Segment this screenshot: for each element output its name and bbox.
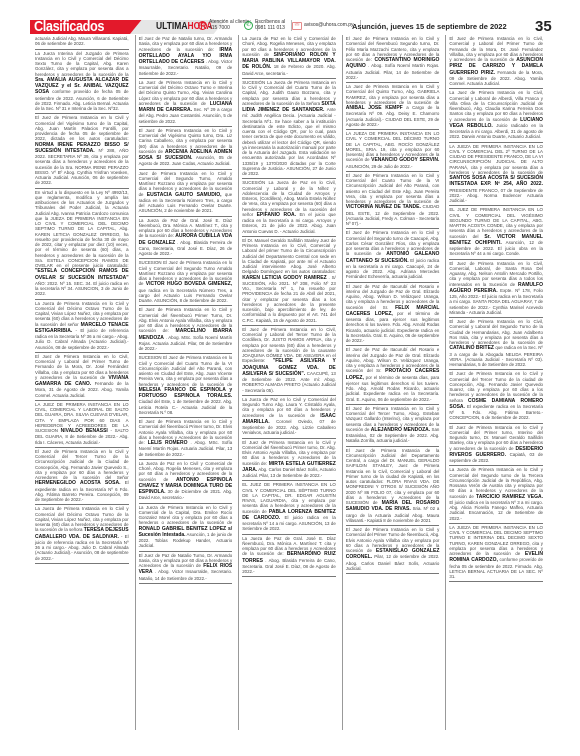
notice-details: Nº 288, AÑO 2022. SECRETARIA Nº 39, cita… xyxy=(35,148,129,186)
legal-notice: El Juez de Primera Instancia en lo Civil… xyxy=(35,353,129,401)
column-3: La Jueza de Paz en lo Civil y Comercial … xyxy=(238,35,339,730)
legal-notice: El Juez de Paz de Natalio turno, Dr. Arm… xyxy=(139,35,233,79)
legal-notice: El Juez de Primera Instancia en lo Civil… xyxy=(346,35,440,83)
legal-notice: La Juez de Primera Instancia en lo Civil… xyxy=(139,79,233,127)
legal-notice: LA JUEZA DE PRIMERA INSTANCIA EN LO CIVI… xyxy=(449,143,543,207)
legal-notice: Juez de Primera Instancia en lo Civil y … xyxy=(139,170,233,217)
legal-notice: La Juez de Primera Instancia en lo Civil… xyxy=(449,89,543,142)
legal-notice: actuaria Judicial Abg. Maura Villasanti.… xyxy=(35,35,129,50)
legal-notice: La Jueza de Paz en lo Civil y Comercial … xyxy=(242,396,336,439)
notice-details: . Abog. Victor Insaurralde, Secretario. … xyxy=(139,569,233,580)
notice-details: . S/ SUCESIÓN, Año 2021. Nº 208, Folio N… xyxy=(242,275,336,323)
notice-text: actuaria Judicial Abg. Maura Villasanti.… xyxy=(35,36,129,46)
notice-details: Abg. Carlos Daniel Báez Solís, Actuario … xyxy=(242,467,336,478)
column-1: actuaria Judicial Abg. Maura Villasanti.… xyxy=(32,35,132,730)
notice-text: SUCESION El Juez de Primera Instancia en… xyxy=(139,355,233,386)
legal-notice: La Jueza de Primera Instancia en lo Civi… xyxy=(139,504,233,552)
section-title: Clasificados xyxy=(34,18,104,35)
legal-notice: El Juez de Primera Instancia en lo Civil… xyxy=(346,229,440,282)
legal-notice: El Juez de Paz de Natalio Turno, Dr. Arm… xyxy=(139,552,233,584)
legal-notice: El Juez de Paz de Itacurubí del Rosario … xyxy=(346,346,440,405)
legal-notice: El Juez de Primera Instancia en lo Civil… xyxy=(35,448,129,506)
deceased-name: NIVALDO BENASSI xyxy=(61,428,108,434)
legal-notice: El Juez de Primera Instancia en lo Civil… xyxy=(449,318,543,370)
deceased-name: LELIS ROMERO xyxy=(148,440,188,446)
notice-text: La Jueza de Primera Instancia en lo Civi… xyxy=(139,505,233,526)
notice-text: En virtud a lo dispuesto en la Ley Nº 49… xyxy=(35,190,129,269)
legal-notice: SUCESION El Juez de Primera Instancia en… xyxy=(139,354,233,418)
notice-details: El juicio radica en la secretaría Nº 3 a… xyxy=(449,500,543,521)
dateline: Asunción, jueves 15 de septiembre de 202… xyxy=(352,22,507,31)
legal-notice: La Jueza de Paz de Gral. José E. Díaz Ñe… xyxy=(242,535,336,578)
notice-text: El Dr. Manuel Geraldo Saifildin Stanley … xyxy=(242,238,336,275)
logo-prefix: ULTIMA xyxy=(156,21,187,32)
legal-notice: EL JUEZ DE PRIMERA INSTANCIA EN LO CIVIL… xyxy=(449,206,543,259)
notice-text: La Jueza Interina del Juzgado de Primera… xyxy=(35,51,129,77)
deceased-name: HERMENEGILDO ACOSTA SOSA. xyxy=(35,480,120,486)
notice-text: El Juez de Primera Instancia de la Circu… xyxy=(346,448,440,506)
legal-notice: El Juez de Paz de Itacurubí del Rosario … xyxy=(346,283,440,347)
notice-text: El Juez de Primera Instancia en lo Civil… xyxy=(35,115,129,141)
legal-notice: El Juez de Primera Instancia en lo Civil… xyxy=(242,439,336,482)
deceased-name: MELESIA FRANCO DE ESPINOLA y FORTUOSO ES… xyxy=(139,387,233,399)
legal-notice: La Jueza de Primera Instancia en lo Civi… xyxy=(35,505,129,564)
deceased-name: SANTOS SOSA ACOSTA S/ SUCESIÓN INTESTADA… xyxy=(449,175,543,187)
column-4: El Juez de Primera Instancia en lo Civil… xyxy=(342,35,443,730)
deceased-name: EUSTACIA GAUTO SAMUDIO, xyxy=(147,192,222,198)
legal-notice: El Juez de Primera Instancia de la Circu… xyxy=(346,447,440,527)
legal-notice: La Jueza de Paz en lo Civil y Comercial … xyxy=(242,35,336,79)
deceased-name: VICTORINA NUÑEZ DE TANDE. xyxy=(346,204,421,210)
legal-notice: La Jueza de Primera Instancia en lo Civi… xyxy=(35,300,129,353)
notice-details: Ciudad del Este, 1 de Setiembre de 2022.… xyxy=(139,399,233,415)
column-5: El Juez de Primera Instancia en lo Civil… xyxy=(445,35,546,730)
legal-notice: SUCESION El Juez de Primera Instancia en… xyxy=(139,259,233,306)
deceased-name: EPIFANIO ROA. xyxy=(257,212,296,218)
legal-notice: La Juez de Primera Instancia en lo Civil… xyxy=(346,83,440,130)
notice-details: que radica en la Secretaría Número Tres,… xyxy=(139,288,233,304)
legal-notice: El Juez de Primera Instancia en lo Civil… xyxy=(449,424,543,467)
deceased-name: CATALINO BRITEZ xyxy=(449,345,494,351)
legal-notice: El Dr. Manuel Geraldo Saifildin Stanley … xyxy=(242,237,336,326)
deceased-name: ALEJANDRO MENDOZA. xyxy=(371,427,430,433)
contact-value: 0981 111 013 xyxy=(255,25,285,31)
notice-text: LA JUEZA DE PRIMERA INSTANCIA EN LO CIVI… xyxy=(449,144,543,175)
page-number: 35 xyxy=(535,18,552,35)
deceased-name: KAREN LETICIA GODOY RAMIREZ xyxy=(242,275,326,281)
notice-details: Ante mí: Judith Angélica Decia. (Actuari… xyxy=(242,107,336,176)
notice-text: El Juez de Primera Instancia en lo Civil… xyxy=(35,449,129,480)
legal-notice: La Jueza de Primera Instancia en lo Civi… xyxy=(449,466,543,524)
email-icon: ✉ xyxy=(292,22,302,30)
legal-notice: El Juez de Primera Instancia en lo Civil… xyxy=(346,172,440,230)
legal-notice: El Juez de Primera Instancia en lo Civil… xyxy=(35,114,129,188)
legal-notice: LA JUEZA DE PRIMERA INSTANCIA EN LO CIVI… xyxy=(346,130,440,172)
legal-notice: LA JUEZA DE PRIMERA INSTANCIA EN LO CIVI… xyxy=(449,524,543,583)
deceased-name: TARCICIO RAMIREZ VEGA. xyxy=(476,494,543,500)
legal-notice: El Juez de Primera Instancia en lo Civil… xyxy=(139,127,233,170)
legal-notice: La Jueza de Paz en lo Civil y Comercial … xyxy=(139,460,233,504)
legal-notice: En virtud a lo dispuesto en la Ley Nº 49… xyxy=(35,189,129,300)
legal-notice: El Juez de Primera Instancia en lo Civil… xyxy=(346,526,440,574)
legal-notice: El Juez de Primera Instancia en lo Civil… xyxy=(449,35,543,89)
deceased-name: VICTOR HUGO BOVEDA GIMENEZ, xyxy=(146,281,232,287)
legal-notice: SUCESIÓN La Jueza de Paz en lo Civil, Co… xyxy=(242,179,336,237)
legal-notice: El Juez de Primera Instancia en lo Civil… xyxy=(449,370,543,423)
deceased-name: VENANCIO GODOY SERVIN. xyxy=(371,157,439,163)
legal-notice: El Juez de Primera Instancia en lo Civil… xyxy=(346,405,440,447)
legal-notice: EL JUEZ DE PRIMERA INSTANCIA EN LO CIVIL… xyxy=(242,481,336,534)
whatsapp-contact: ✆ Escríbenos al0981 111 013 xyxy=(244,20,292,31)
legal-notice: El Juez de Primera Instancia en lo Civil… xyxy=(449,260,543,319)
legal-notice: El Juez de Primera Instancia en lo Civil… xyxy=(139,418,233,460)
email-contact: ✉ avisos@uhora.com.py xyxy=(292,20,361,31)
whatsapp-icon: ✆ xyxy=(244,21,253,30)
legal-notice: LA JUEZ DE PRIMERA INSTANCIA EN LO CIVIL… xyxy=(35,401,129,448)
deceased-name: ANIBAL JOSE KEMPF xyxy=(346,105,403,111)
notice-details: PRESIDENTE FRANCO, 07 de Septiembre de 2… xyxy=(449,188,543,204)
notice-text: La Juez de Primera Instancia en lo Civil… xyxy=(346,84,440,105)
legal-notice: La Jueza de Paz de Gral. José E. Díaz Ñe… xyxy=(139,217,233,260)
deceased-name: "ESTELA CONCEPCION RAMOS DE OVELAR S/ SU… xyxy=(35,268,129,280)
notice-details: conforme proveído de fecha 05 de setiemb… xyxy=(35,89,129,111)
legal-notice: La Jueza Interina del Juzgado de Primera… xyxy=(35,50,129,115)
legal-notice: El Juez de Primera Instancia en lo Civil… xyxy=(242,326,336,396)
page-header: Clasificados ULTIMAHORA ☏ Atención al cl… xyxy=(30,20,565,34)
contact-value: avisos@uhora.com.py xyxy=(304,23,354,29)
contact-value: 415 7000 xyxy=(209,25,230,31)
notice-text: El Juez de Primera Instancia en lo Civil… xyxy=(449,319,543,345)
notice-details: AÑO: 2022. Nº 15. SEC. 34. El juicio rad… xyxy=(35,281,129,297)
phone-icon: ☏ xyxy=(198,21,207,30)
legal-notice: SUCESIÓN La Jueza de Primera Instancia e… xyxy=(242,79,336,180)
classifieds-columns: actuaria Judicial Abg. Maura Villasanti.… xyxy=(32,35,546,730)
column-2: El Juez de Paz de Natalio turno, Dr. Arm… xyxy=(135,35,236,730)
notice-text: El Juez de Primera Instancia en lo Civil… xyxy=(346,173,440,204)
legal-notice: El Juez de Primera Instancia en lo Civil… xyxy=(139,306,233,354)
notice-details: ASUNCIÓN, 29 de Julio de 2022.- xyxy=(346,164,413,169)
